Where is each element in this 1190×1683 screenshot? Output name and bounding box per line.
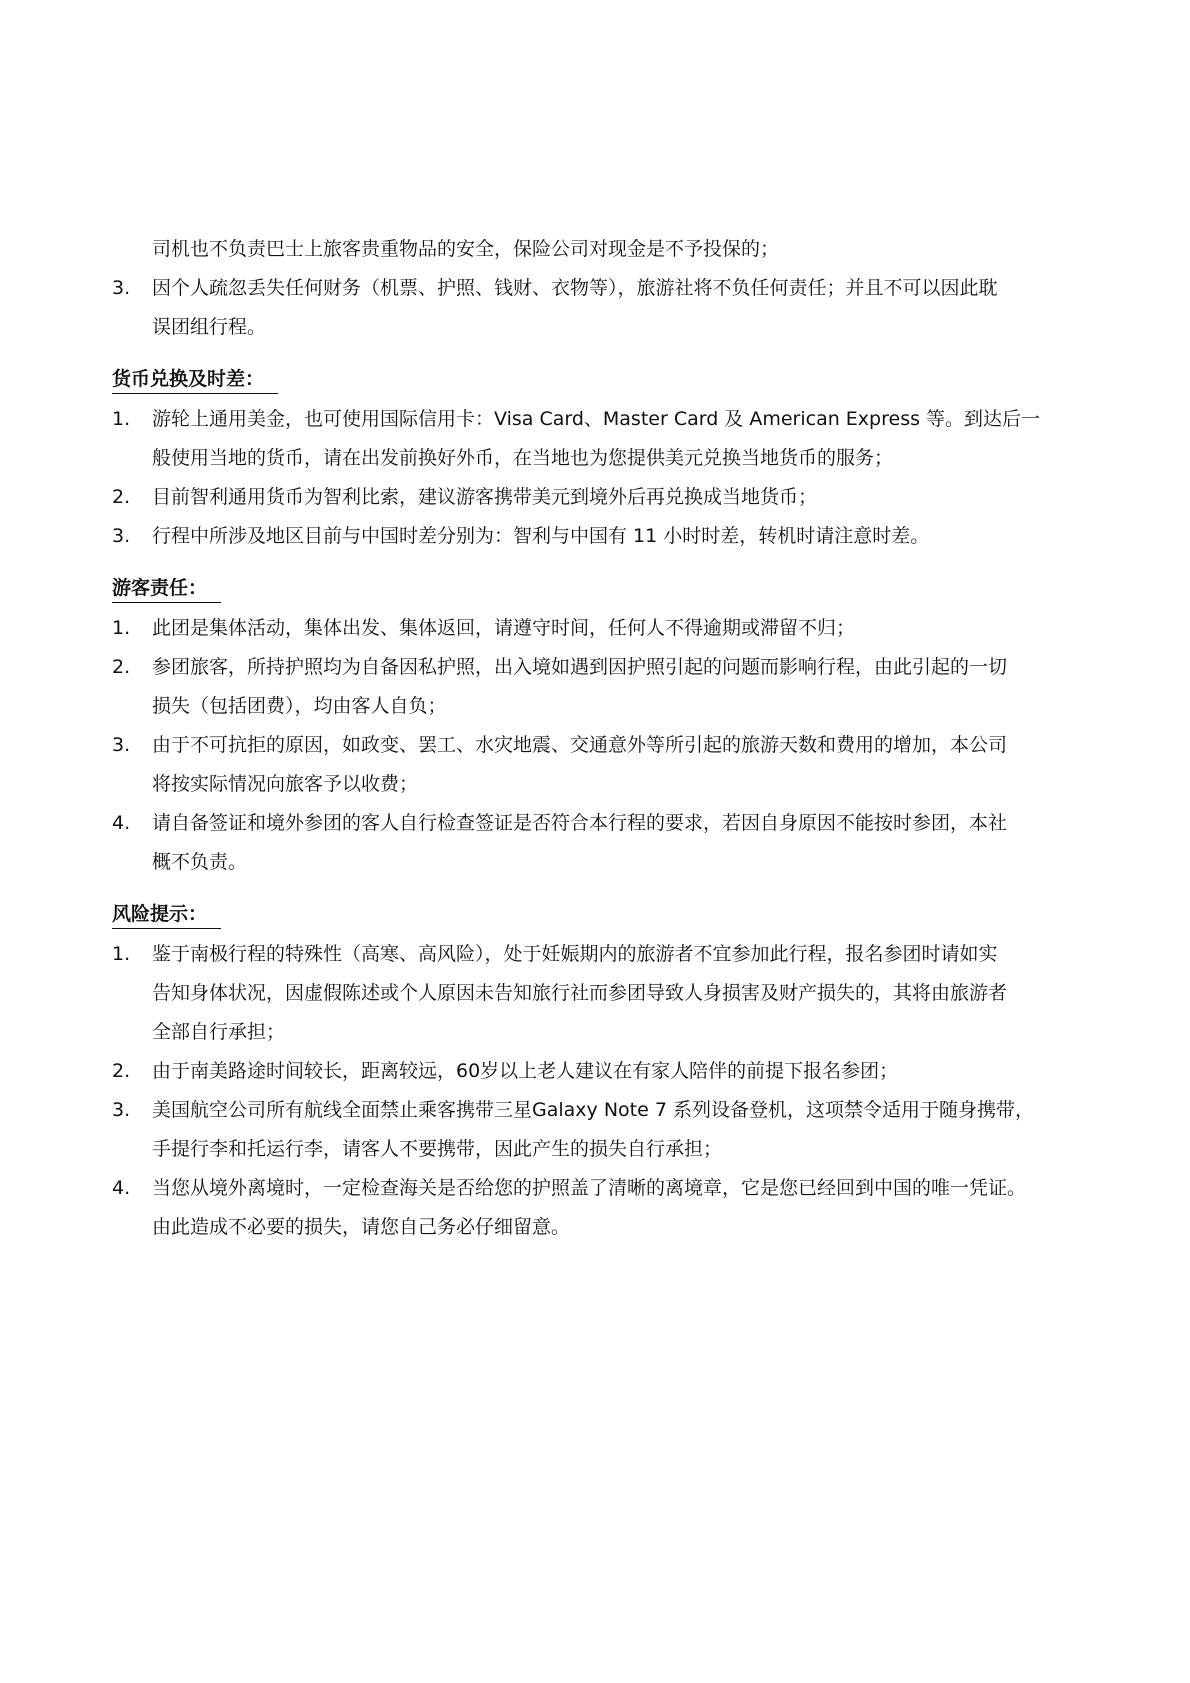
list-item: 2. 参团旅客，所持护照均为自备因私护照，出入境如遇到因护照引起的问题而影响行程… xyxy=(112,648,1097,726)
item-text: 目前智利通用货币为智利比索，建议游客携带美元到境外后再兑换成当地货币； xyxy=(152,478,1097,517)
item-text: 因个人疏忽丢失任何财务（机票、护照、钱财、衣物等），旅游社将不负任何责任；并且不… xyxy=(152,269,1097,347)
item-number: 2. xyxy=(112,648,152,726)
item-number: 2. xyxy=(112,1052,152,1091)
item-number: 3. xyxy=(112,517,152,556)
list-item: 3. 美国航空公司所有航线全面禁止乘客携带三星Galaxy Note 7 系列设… xyxy=(112,1091,1097,1169)
item-line: 全部自行承担； xyxy=(152,1013,1097,1052)
section-heading: 货币兑换及时差： xyxy=(112,365,278,394)
item-number: 3. xyxy=(112,726,152,804)
list-item: 3. 因个人疏忽丢失任何财务（机票、护照、钱财、衣物等），旅游社将不负任何责任；… xyxy=(112,269,1097,347)
item-number: 3. xyxy=(112,269,152,347)
item-text: 美国航空公司所有航线全面禁止乘客携带三星Galaxy Note 7 系列设备登机… xyxy=(152,1091,1097,1169)
list-item: 4. 当您从境外离境时，一定检查海关是否给您的护照盖了清晰的离境章，它是您已经回… xyxy=(112,1169,1097,1247)
item-line: 由于不可抗拒的原因，如政变、罢工、水灾地震、交通意外等所引起的旅游天数和费用的增… xyxy=(152,726,1097,765)
section-currency: 货币兑换及时差： 1. 游轮上通用美金，也可使用国际信用卡：Visa Card、… xyxy=(112,365,1097,556)
section-heading: 游客责任： xyxy=(112,574,221,603)
item-text: 当您从境外离境时，一定检查海关是否给您的护照盖了清晰的离境章，它是您已经回到中国… xyxy=(152,1169,1097,1247)
item-line: 目前智利通用货币为智利比索，建议游客携带美元到境外后再兑换成当地货币； xyxy=(152,478,1097,517)
section-heading: 风险提示： xyxy=(112,900,221,929)
item-line: 因个人疏忽丢失任何财务（机票、护照、钱财、衣物等），旅游社将不负任何责任；并且不… xyxy=(152,269,1097,308)
list-item: 2. 由于南美路途时间较长，距离较远，60岁以上老人建议在有家人陪伴的前提下报名… xyxy=(112,1052,1097,1091)
item-line: 概不负责。 xyxy=(152,843,1097,882)
item-text: 参团旅客，所持护照均为自备因私护照，出入境如遇到因护照引起的问题而影响行程，由此… xyxy=(152,648,1097,726)
item-line: 行程中所涉及地区目前与中国时差分别为：智利与中国有 11 小时时差，转机时请注意… xyxy=(152,517,1097,556)
item-line: 由于南美路途时间较长，距离较远，60岁以上老人建议在有家人陪伴的前提下报名参团； xyxy=(152,1052,1097,1091)
item-number: 4. xyxy=(112,804,152,882)
section-traveler-responsibility: 游客责任： 1. 此团是集体活动，集体出发、集体返回，请遵守时间，任何人不得逾期… xyxy=(112,574,1097,882)
list-item: 2. 目前智利通用货币为智利比索，建议游客携带美元到境外后再兑换成当地货币； xyxy=(112,478,1097,517)
item-text: 请自备签证和境外参团的客人自行检查签证是否符合本行程的要求，若因自身原因不能按时… xyxy=(152,804,1097,882)
item-line: 误团组行程。 xyxy=(152,308,1097,347)
item-line: 将按实际情况向旅客予以收费； xyxy=(152,765,1097,804)
document-content: 司机也不负责巴士上旅客贵重物品的安全，保险公司对现金是不予投保的； 3. 因个人… xyxy=(112,230,1097,1247)
continuation-line: 司机也不负责巴士上旅客贵重物品的安全，保险公司对现金是不予投保的； xyxy=(112,230,1097,269)
item-line: 请自备签证和境外参团的客人自行检查签证是否符合本行程的要求，若因自身原因不能按时… xyxy=(152,804,1097,843)
list-item: 3. 行程中所涉及地区目前与中国时差分别为：智利与中国有 11 小时时差，转机时… xyxy=(112,517,1097,556)
item-line: 告知身体状况，因虚假陈述或个人原因未告知旅行社而参团导致人身损害及财产损失的，其… xyxy=(152,974,1097,1013)
item-line: 般使用当地的货币，请在出发前换好外币，在当地也为您提供美元兑换当地货币的服务； xyxy=(152,439,1097,478)
item-text: 鉴于南极行程的特殊性（高寒、高风险），处于妊娠期内的旅游者不宜参加此行程，报名参… xyxy=(152,935,1097,1052)
item-line: 鉴于南极行程的特殊性（高寒、高风险），处于妊娠期内的旅游者不宜参加此行程，报名参… xyxy=(152,935,1097,974)
item-number: 2. xyxy=(112,478,152,517)
section-risk-notice: 风险提示： 1. 鉴于南极行程的特殊性（高寒、高风险），处于妊娠期内的旅游者不宜… xyxy=(112,900,1097,1247)
list-item: 3. 由于不可抗拒的原因，如政变、罢工、水灾地震、交通意外等所引起的旅游天数和费… xyxy=(112,726,1097,804)
item-number: 1. xyxy=(112,400,152,478)
item-text: 由于南美路途时间较长，距离较远，60岁以上老人建议在有家人陪伴的前提下报名参团； xyxy=(152,1052,1097,1091)
item-line: 损失（包括团费），均由客人自负； xyxy=(152,687,1097,726)
item-line: 由此造成不必要的损失，请您自己务必仔细留意。 xyxy=(152,1208,1097,1247)
item-text: 由于不可抗拒的原因，如政变、罢工、水灾地震、交通意外等所引起的旅游天数和费用的增… xyxy=(152,726,1097,804)
item-number: 3. xyxy=(112,1091,152,1169)
item-line: 美国航空公司所有航线全面禁止乘客携带三星Galaxy Note 7 系列设备登机… xyxy=(152,1091,1097,1130)
item-line: 手提行李和托运行李，请客人不要携带，因此产生的损失自行承担； xyxy=(152,1130,1097,1169)
item-line: 当您从境外离境时，一定检查海关是否给您的护照盖了清晰的离境章，它是您已经回到中国… xyxy=(152,1169,1097,1208)
item-text: 行程中所涉及地区目前与中国时差分别为：智利与中国有 11 小时时差，转机时请注意… xyxy=(152,517,1097,556)
item-line: 游轮上通用美金，也可使用国际信用卡：Visa Card、Master Card … xyxy=(152,400,1097,439)
document-page: 司机也不负责巴士上旅客贵重物品的安全，保险公司对现金是不予投保的； 3. 因个人… xyxy=(0,0,1190,1683)
item-line: 参团旅客，所持护照均为自备因私护照，出入境如遇到因护照引起的问题而影响行程，由此… xyxy=(152,648,1097,687)
item-number: 4. xyxy=(112,1169,152,1247)
item-number: 1. xyxy=(112,609,152,648)
item-text: 游轮上通用美金，也可使用国际信用卡：Visa Card、Master Card … xyxy=(152,400,1097,478)
item-line: 此团是集体活动，集体出发、集体返回，请遵守时间，任何人不得逾期或滞留不归； xyxy=(152,609,1097,648)
list-item: 1. 游轮上通用美金，也可使用国际信用卡：Visa Card、Master Ca… xyxy=(112,400,1097,478)
list-item: 4. 请自备签证和境外参团的客人自行检查签证是否符合本行程的要求，若因自身原因不… xyxy=(112,804,1097,882)
list-item: 1. 鉴于南极行程的特殊性（高寒、高风险），处于妊娠期内的旅游者不宜参加此行程，… xyxy=(112,935,1097,1052)
item-text: 此团是集体活动，集体出发、集体返回，请遵守时间，任何人不得逾期或滞留不归； xyxy=(152,609,1097,648)
item-number: 1. xyxy=(112,935,152,1052)
list-item: 1. 此团是集体活动，集体出发、集体返回，请遵守时间，任何人不得逾期或滞留不归； xyxy=(112,609,1097,648)
